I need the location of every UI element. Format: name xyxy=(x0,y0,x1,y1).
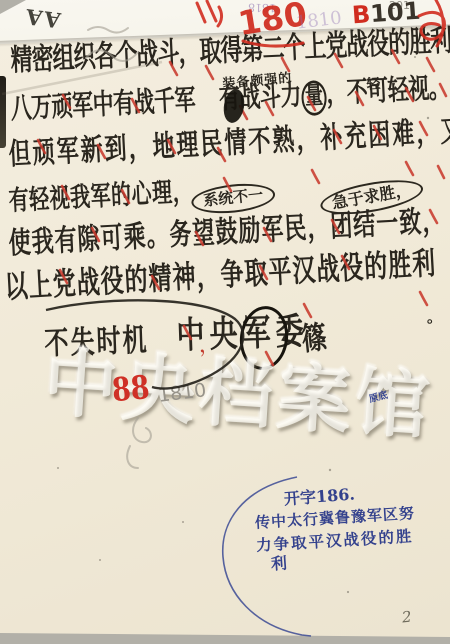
red-code-mark: B101 xyxy=(351,0,421,27)
manuscript-line-4: 有轻视我军的心理， xyxy=(8,177,194,214)
blue-note-line-4: 利 xyxy=(270,555,287,572)
corner-handwritten-note: AA xyxy=(23,6,62,31)
paper-edge-shadow xyxy=(0,76,6,148)
archival-document-photo: AA 1818 201 180 1810 B101 精密组织各个战斗，取得第二个… xyxy=(0,0,450,644)
page-number: 2 xyxy=(401,610,412,626)
red-code-prefix: B xyxy=(351,0,371,29)
circled-character: 量 xyxy=(300,80,327,116)
red-code-digits: 101 xyxy=(369,0,421,28)
red-catalog-number: 88 xyxy=(111,372,151,408)
telegram-date-code: 篠 xyxy=(300,321,328,355)
ink-blot-gap xyxy=(195,108,219,109)
line2-end: ，不可轻视。 xyxy=(325,70,450,110)
line6-period: 。 xyxy=(427,310,442,325)
